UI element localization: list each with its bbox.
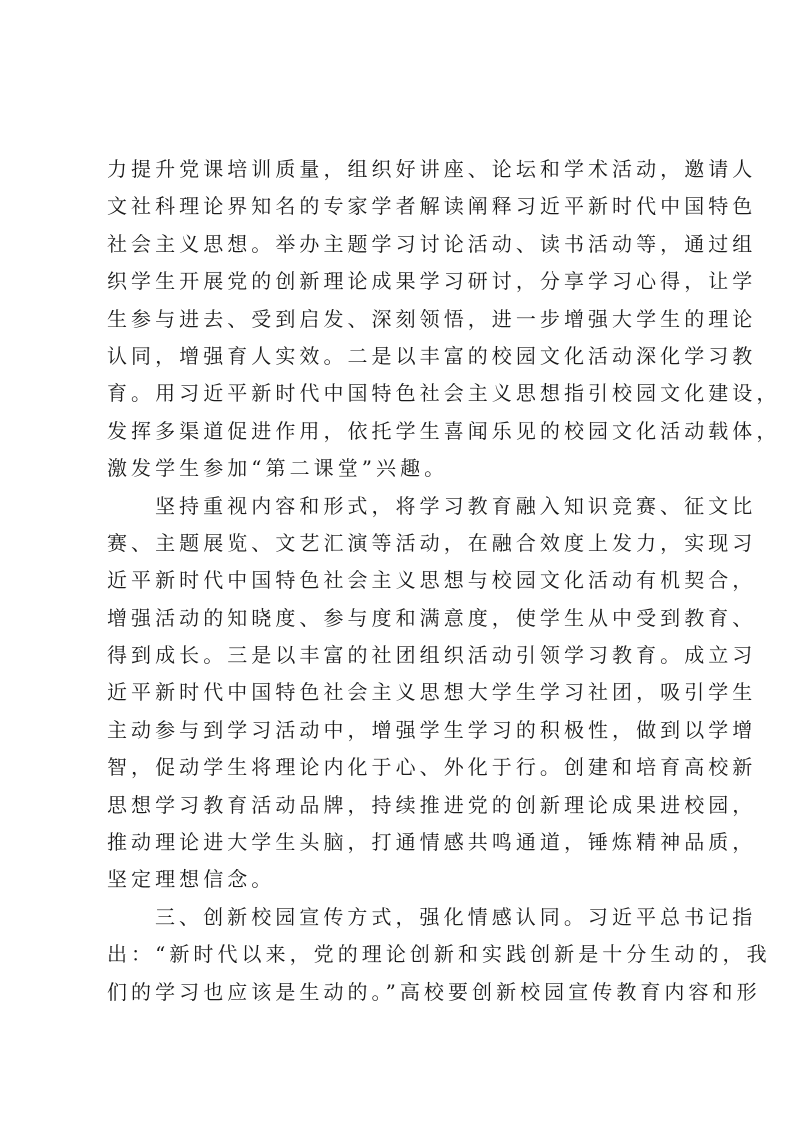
text-line: 生参与进去、受到启发、深刻领悟，进一步增强大学生的理论: [107, 301, 687, 338]
text-line: 社会主义思想。举办主题学习讨论活动、读书活动等，通过组: [107, 226, 687, 263]
text-line: 坚定理想信念。: [107, 861, 687, 898]
text-line: 文社科理论界知名的专家学者解读阐释习近平新时代中国特色: [107, 188, 687, 225]
paragraph-2: 坚持重视内容和形式，将学习教育融入知识竞赛、征文比 赛、主题展览、文艺汇演等活动…: [107, 488, 687, 899]
text-line: 得到成长。三是以丰富的社团组织活动引领学习教育。成立习: [107, 637, 687, 674]
text-line: 思想学习教育活动品牌，持续推进党的创新理论成果进校园，: [107, 787, 687, 824]
section-heading-line: 三、创新校园宣传方式，强化情感认同。习近平总书记指: [107, 899, 687, 936]
document-page: 力提升党课培训质量，组织好讲座、论坛和学术活动，邀请人 文社科理论界知名的专家学…: [0, 0, 793, 1122]
text-line-indented: 坚持重视内容和形式，将学习教育融入知识竞赛、征文比: [107, 488, 687, 525]
text-line: 近平新时代中国特色社会主义思想与校园文化活动有机契合，: [107, 562, 687, 599]
text-line: 增强活动的知晓度、参与度和满意度，使学生从中受到教育、: [107, 600, 687, 637]
text-line: 推动理论进大学生头脑，打通情感共鸣通道，锤炼精神品质，: [107, 824, 687, 861]
text-line: 出：“新时代以来，党的理论创新和实践创新是十分生动的，我: [107, 936, 687, 973]
text-line: 主动参与到学习活动中，增强学生学习的积极性，做到以学增: [107, 712, 687, 749]
text-line: 织学生开展党的创新理论成果学习研讨，分享学习心得，让学: [107, 263, 687, 300]
text-line: 赛、主题展览、文艺汇演等活动，在融合效度上发力，实现习: [107, 525, 687, 562]
text-line: 激发学生参加“第二课堂”兴趣。: [107, 450, 687, 487]
text-line: 发挥多渠道促进作用，依托学生喜闻乐见的校园文化活动载体，: [107, 413, 687, 450]
text-line: 力提升党课培训质量，组织好讲座、论坛和学术活动，邀请人: [107, 151, 687, 188]
paragraph-3: 三、创新校园宣传方式，强化情感认同。习近平总书记指 出：“新时代以来，党的理论创…: [107, 899, 687, 1011]
paragraph-1: 力提升党课培训质量，组织好讲座、论坛和学术活动，邀请人 文社科理论界知名的专家学…: [107, 151, 687, 488]
document-body: 力提升党课培训质量，组织好讲座、论坛和学术活动，邀请人 文社科理论界知名的专家学…: [107, 151, 687, 1011]
text-line: 们的学习也应该是生动的。”高校要创新校园宣传教育内容和形: [107, 974, 687, 1011]
text-line: 认同，增强育人实效。二是以丰富的校园文化活动深化学习教: [107, 338, 687, 375]
text-line: 育。用习近平新时代中国特色社会主义思想指引校园文化建设，: [107, 375, 687, 412]
text-line: 近平新时代中国特色社会主义思想大学生学习社团，吸引学生: [107, 674, 687, 711]
text-line: 智，促动学生将理论内化于心、外化于行。创建和培育高校新: [107, 749, 687, 786]
